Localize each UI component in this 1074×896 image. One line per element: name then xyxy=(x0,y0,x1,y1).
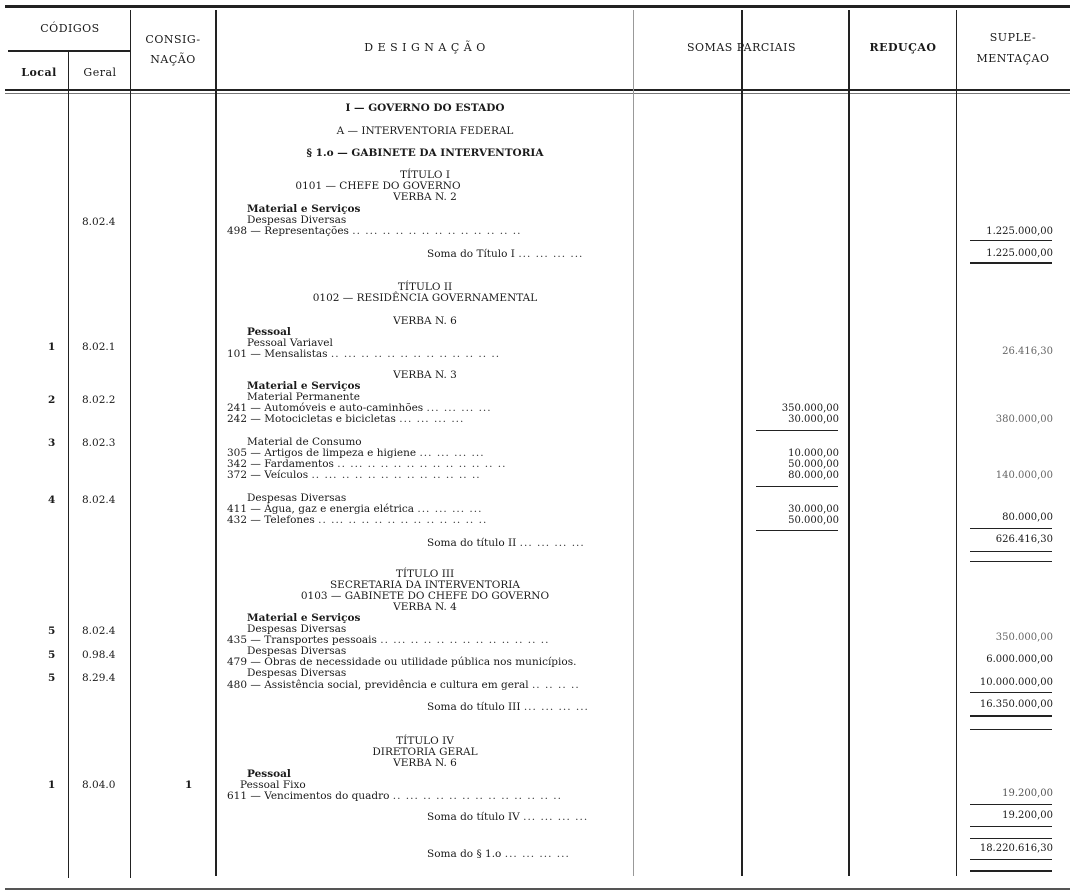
header-consignacao-2: NAÇÃO xyxy=(132,53,214,66)
titulo3-desp3: Despesas Diversas xyxy=(247,668,346,679)
titulo3-local2: 5 xyxy=(48,650,55,661)
leader-dots: .. ... .. .. .. .. .. .. .. .. .. .. .. xyxy=(311,469,480,481)
leader-dots: ... ... ... ... xyxy=(524,701,589,713)
titulo2-desp-total: 80.000,00 xyxy=(958,512,1053,523)
titulo4-local: 1 xyxy=(48,780,55,791)
leader-dots: ... ... ... ... xyxy=(505,848,570,860)
titulo2-suple-rule xyxy=(970,528,1052,529)
titulo1-geral-code: 8.02.4 xyxy=(82,217,115,228)
titulo3-soma: Soma do título III ... ... ... ... xyxy=(427,702,589,713)
titulo2-soma-rule-2 xyxy=(970,561,1052,562)
soma-label: Soma do título III xyxy=(427,701,520,713)
leader-dots: .. ... .. .. .. .. .. .. .. .. .. .. .. xyxy=(331,348,500,360)
titulo2-perm-total: 380.000,00 xyxy=(958,414,1053,425)
header-reducao: REDUÇAO xyxy=(850,41,956,54)
section-gabinete: § 1.o — GABINETE DA INTERVENTORIA xyxy=(217,148,633,159)
col-line-local-geral xyxy=(68,52,69,878)
leader-dots: .. ... .. .. .. .. .. .. .. .. .. .. .. xyxy=(318,514,487,526)
titulo2-item-101: 101 — Mensalistas .. ... .. .. .. .. .. … xyxy=(227,349,500,360)
titulo3-geral2: 0.98.4 xyxy=(82,650,115,661)
titulo2-cons-rule xyxy=(756,486,838,487)
titulo3-i479-value: 6.000.000,00 xyxy=(958,654,1053,665)
titulo2-mensalistas-value: 26.416,30 xyxy=(958,346,1053,357)
titulo1-item-498: 498 — Representações .. ... .. .. .. .. … xyxy=(227,226,521,237)
item-label: 372 — Veículos xyxy=(227,469,308,481)
leader-dots: ... ... ... ... xyxy=(518,248,583,260)
item-label: 242 — Motocicletas e bicicletas xyxy=(227,413,396,425)
titulo2-geral2: 8.02.2 xyxy=(82,395,115,406)
titulo2-i432-value: 50.000,00 xyxy=(745,515,839,526)
col-line-somas-1 xyxy=(741,10,743,876)
titulo3-soma-rule-1 xyxy=(970,715,1052,717)
header-codigos: CÓDIGOS xyxy=(10,22,130,35)
titulo2-local2: 2 xyxy=(48,395,55,406)
leader-dots: .. ... .. .. .. .. .. .. .. .. .. .. .. xyxy=(380,634,549,646)
titulo2-local3: 3 xyxy=(48,438,55,449)
item-label: 498 — Representações xyxy=(227,225,349,237)
titulo3-soma-rule-2 xyxy=(970,729,1052,730)
leader-dots: .. ... .. .. .. .. .. .. .. .. .. .. .. xyxy=(352,225,521,237)
bottom-border xyxy=(5,888,1070,890)
titulo1-sub: 0101 — CHEFE DO GOVERNO xyxy=(170,181,586,192)
titulo2-soma-rule-1 xyxy=(970,551,1052,552)
soma-label: Soma do título II xyxy=(427,537,516,549)
titulo4-soma: Soma do título IV ... ... ... ... xyxy=(427,812,588,823)
titulo3-geral3: 8.29.4 xyxy=(82,673,115,684)
col-line-geral-consig xyxy=(130,10,131,878)
titulo3-local3: 5 xyxy=(48,673,55,684)
item-label: 101 — Mensalistas xyxy=(227,348,328,360)
titulo3-i435-value: 350.000,00 xyxy=(958,632,1053,643)
titulo3-i480-value: 10.000.000,00 xyxy=(958,677,1053,688)
leader-dots: ... ... ... ... xyxy=(520,537,585,549)
soma-label: Soma do Título I xyxy=(427,248,515,260)
leader-dots: .. ... .. .. .. .. .. .. .. .. .. .. .. xyxy=(393,790,562,802)
titulo4-soma-value: 19.200,00 xyxy=(958,810,1053,821)
titulo2-desp-rule xyxy=(756,530,838,531)
titulo2-sub: 0102 — RESIDÊNCIA GOVERNAMENTAL xyxy=(217,293,633,304)
titulo2-item-372: 372 — Veículos .. ... .. .. .. .. .. .. … xyxy=(227,470,481,481)
titulo2-i305-value: 10.000,00 xyxy=(745,448,839,459)
item-label: 480 — Assistência social, previdência e … xyxy=(227,679,529,691)
titulo2-geral3: 8.02.3 xyxy=(82,438,115,449)
titulo3-rule xyxy=(970,692,1052,693)
titulo3-soma-value: 16.350.000,00 xyxy=(958,699,1053,710)
titulo2-local1: 1 xyxy=(48,342,55,353)
codigos-divider xyxy=(8,50,130,52)
titulo1-rule xyxy=(970,240,1052,241)
titulo3-geral1: 8.02.4 xyxy=(82,626,115,637)
titulo2-item-242: 242 — Motocicletas e bicicletas ... ... … xyxy=(227,414,464,425)
titulo4-item-611: 611 — Vencimentos do quadro .. ... .. ..… xyxy=(227,791,562,802)
header-local: Local xyxy=(10,66,68,79)
item-label: 611 — Vencimentos do quadro xyxy=(227,790,389,802)
titulo4-soma-rule-2 xyxy=(970,838,1052,839)
titulo4-consig: 1 xyxy=(185,780,192,791)
titulo2-i342-value: 50.000,00 xyxy=(745,459,839,470)
titulo2-i242-value: 30.000,00 xyxy=(745,414,839,425)
leader-dots: .. .. .. .. xyxy=(532,679,580,691)
titulo4-rule xyxy=(970,804,1052,805)
titulo4-i611-value: 19.200,00 xyxy=(958,788,1053,799)
titulo2-local4: 4 xyxy=(48,495,55,506)
titulo2-cons-total: 140.000,00 xyxy=(958,470,1053,481)
header-consignacao-1: CONSIG- xyxy=(132,33,214,46)
titulo1-verba: VERBA N. 2 xyxy=(217,192,633,203)
total-rule-1 xyxy=(970,859,1052,860)
header-somas-parciais: SOMAS PARCIAIS xyxy=(635,41,848,54)
soma-label: Soma do título IV xyxy=(427,811,520,823)
titulo1-soma: Soma do Título I ... ... ... ... xyxy=(427,249,583,260)
titulo2-item-432: 432 — Telefones .. ... .. .. .. .. .. ..… xyxy=(227,515,487,526)
titulo2-geral1: 8.02.1 xyxy=(82,342,115,353)
col-line-reducao-suple xyxy=(956,10,957,876)
header-bottom-border xyxy=(5,89,1070,91)
col-line-desig-somas xyxy=(633,10,634,876)
section-interventoria: A — INTERVENTORIA FEDERAL xyxy=(217,126,633,137)
leader-dots: ... ... ... ... xyxy=(523,811,588,823)
titulo4-geral: 8.04.0 xyxy=(82,780,115,791)
titulo3-item-480: 480 — Assistência social, previdência e … xyxy=(227,680,580,691)
leader-dots: ... ... ... ... xyxy=(399,413,464,425)
titulo3-local1: 5 xyxy=(48,626,55,637)
header-bottom-border-2 xyxy=(5,93,1070,94)
item-label: 432 — Telefones xyxy=(227,514,315,526)
titulo4-soma-rule-1 xyxy=(970,826,1052,827)
header-suplementacao-2: MENTAÇAO xyxy=(958,52,1068,65)
titulo2-i372-value: 80.000,00 xyxy=(745,470,839,481)
top-border xyxy=(5,5,1070,8)
header-designacao: D E S I G N A Ç Ã O xyxy=(217,41,633,54)
titulo2-soma: Soma do título II ... ... ... ... xyxy=(427,538,585,549)
titulo2-perm-rule xyxy=(756,430,838,431)
total-rule-2 xyxy=(970,870,1052,872)
total-soma: Soma do § 1.o ... ... ... ... xyxy=(427,849,570,860)
titulo1-item-value: 1.225.000,00 xyxy=(958,226,1053,237)
header-geral: Geral xyxy=(70,66,130,79)
header-suplementacao-1: SUPLE- xyxy=(958,31,1068,44)
titulo2-soma-value: 626.416,30 xyxy=(958,534,1053,545)
total-value: 18.220.616,30 xyxy=(958,843,1053,854)
col-line-somas-reducao xyxy=(848,10,850,876)
soma-label: Soma do § 1.o xyxy=(427,848,501,860)
titulo2-i241-value: 350.000,00 xyxy=(745,403,839,414)
section-governo: I — GOVERNO DO ESTADO xyxy=(217,103,633,114)
titulo1-soma-value: 1.225.000,00 xyxy=(958,248,1053,259)
titulo2-geral4: 8.02.4 xyxy=(82,495,115,506)
titulo2-i411-value: 30.000,00 xyxy=(745,504,839,515)
titulo1-soma-rule xyxy=(970,262,1052,264)
